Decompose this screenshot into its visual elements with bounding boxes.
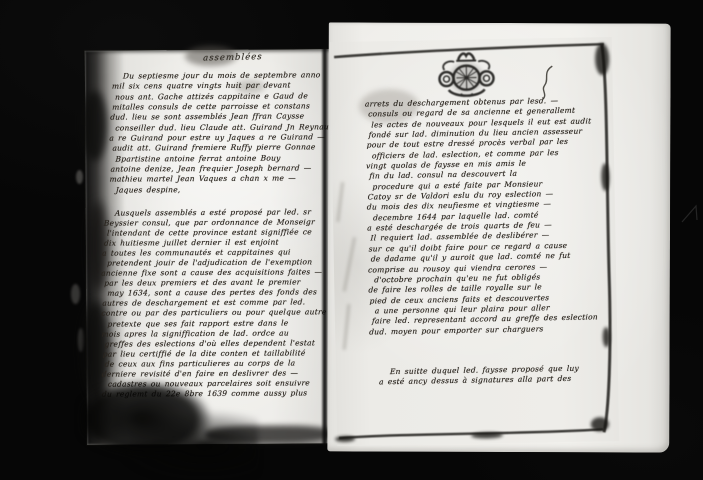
manuscript-line: pretexte que ses fait rapport estre dans… — [107, 318, 327, 329]
paper-speck — [71, 284, 80, 304]
left-paragraph-1: Du septiesme jour du mois de septembre a… — [109, 70, 346, 196]
manuscript-leaf-right: arrets du deschargement obtenus par lesd… — [330, 37, 619, 446]
right-closing-paragraph: En suitte duquel led. faysse proposé que… — [376, 364, 579, 388]
paper-speck — [76, 170, 83, 184]
manuscript-line: contre ou par des particuliers ou pour q… — [101, 308, 327, 319]
right-paragraph-1: arrets du deschargement obtenus par lesd… — [365, 95, 598, 337]
manuscript-line: Jaques despine, — [115, 184, 346, 196]
edge-stain — [81, 91, 107, 161]
decay-stain — [80, 368, 258, 480]
scanned-document-canvas: assemblées Du septiesme jour du mois de … — [0, 0, 703, 480]
faint-pencil-chevron-mark — [680, 200, 703, 226]
page-heading: assemblées — [173, 51, 294, 64]
